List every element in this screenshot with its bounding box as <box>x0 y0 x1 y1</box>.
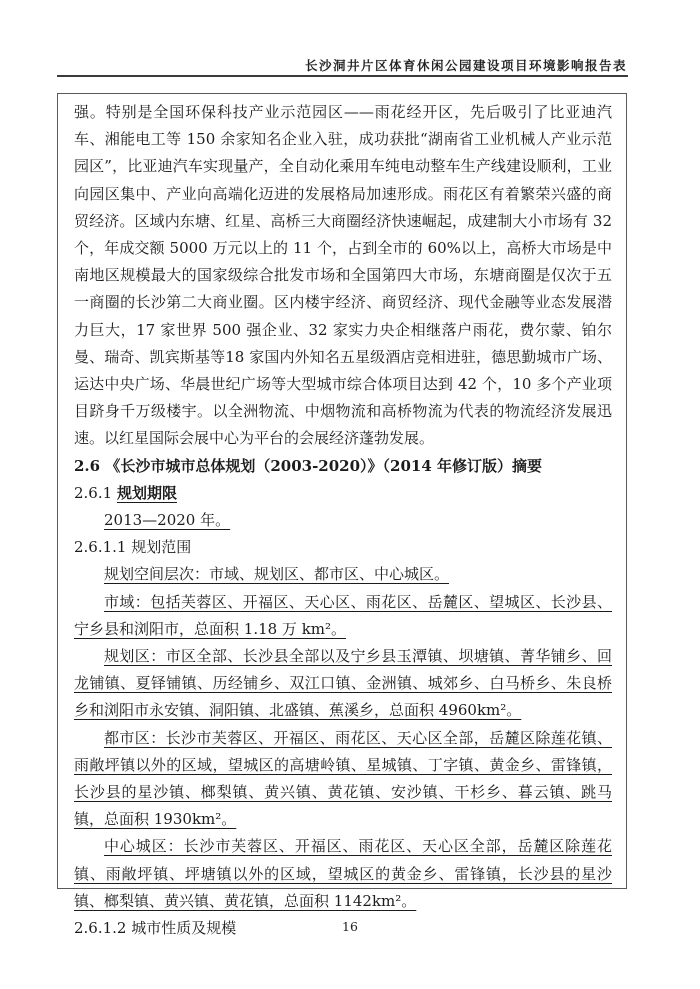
header-rule <box>57 75 628 77</box>
document-page: 长沙洞井片区体育休闲公园建设项目环境影响报告表 强。特别是全国环保科技产业示范园… <box>0 0 700 989</box>
page-number: 16 <box>342 919 358 934</box>
paragraph-city-region: 市域：包括芙蓉区、开福区、天心区、雨花区、岳麓区、望城区、长沙县、宁乡县和浏阳市… <box>74 589 612 643</box>
heading-2-6-1-number: 2.6.1 <box>74 484 112 502</box>
paragraph-planning-period: 2013—2020 年。 <box>74 507 612 534</box>
heading-2-6-1-1-number: 2.6.1.1 <box>74 538 126 556</box>
paragraph-spatial-levels: 规划空间层次：市域、规划区、都市区、中心城区。 <box>74 561 612 588</box>
heading-2-6-1: 2.6.1 规划期限 <box>74 480 612 507</box>
page-footer: 16 <box>0 919 700 934</box>
paragraph-planning-area: 规划区：市区全部、长沙县全部以及宁乡县玉潭镇、坝塘镇、菁华铺乡、回龙铺镇、夏铎铺… <box>74 643 612 725</box>
heading-2-6-1-1-title: 规划范围 <box>131 538 191 556</box>
paragraph-economy-continuation: 强。特别是全国环保科技产业示范园区——雨花经开区，先后吸引了比亚迪汽车、湘能电工… <box>74 99 612 453</box>
paragraph-central-urban-area: 中心城区：长沙市芙蓉区、开福区、雨花区、天心区全部，岳麓区除莲花镇、雨敞坪镇、坪… <box>74 833 612 915</box>
heading-2-6: 2.6 《长沙市城市总体规划（2003-2020）》（2014 年修订版）摘要 <box>74 453 612 480</box>
header-title: 长沙洞井片区体育休闲公园建设项目环境影响报告表 <box>305 56 627 74</box>
paragraph-metropolitan-area: 都市区：长沙市芙蓉区、开福区、雨花区、天心区全部，岳麓区除莲花镇、雨敞坪镇以外的… <box>74 725 612 834</box>
heading-2-6-1-1: 2.6.1.1 规划范围 <box>74 534 612 561</box>
content-border-box: 强。特别是全国环保科技产业示范园区——雨花经开区，先后吸引了比亚迪汽车、湘能电工… <box>57 93 627 889</box>
heading-2-6-1-title: 规划期限 <box>117 484 177 502</box>
